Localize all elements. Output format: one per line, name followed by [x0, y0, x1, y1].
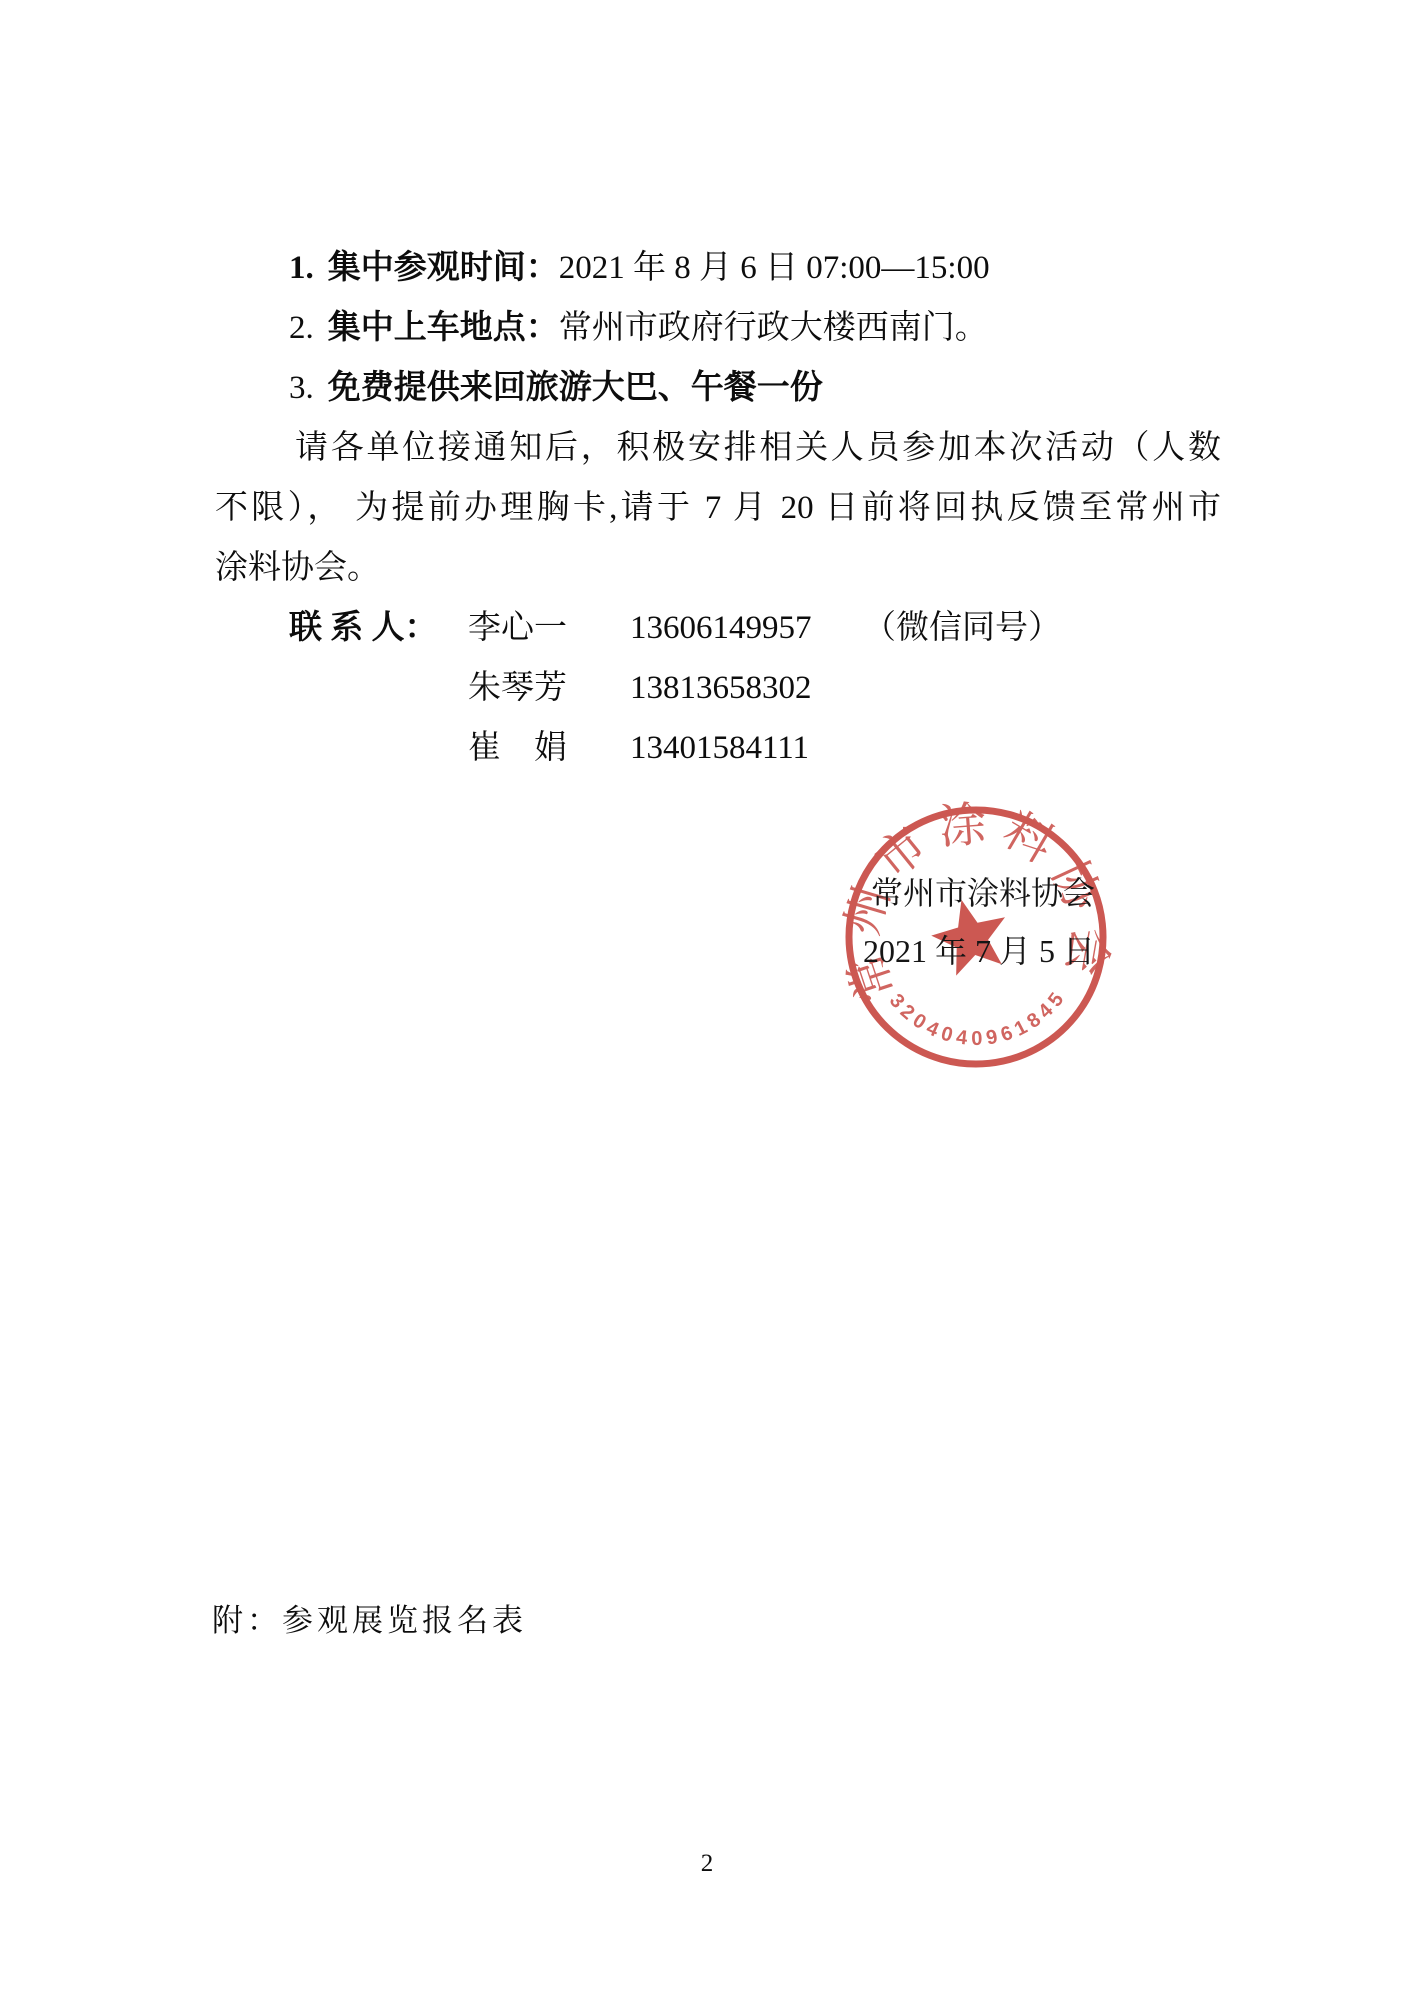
- list-item-text: 2021 年 8 月 6 日 07:00—15:00: [559, 250, 990, 286]
- paragraph-line: 请各单位接通知后，积极安排相关人员参加本次活动（人数: [215, 418, 1221, 478]
- list-item-text: 常州市政府行政大楼西南门。: [559, 310, 988, 346]
- attachment-note: 附：参观展览报名表: [212, 1595, 527, 1640]
- list-item-number: 3.: [289, 370, 314, 406]
- paragraph-line: 涂料协会。: [215, 538, 1221, 598]
- contact-phone: 13606149957: [630, 598, 812, 658]
- document-body: 1.集中参观时间：2021 年 8 月 6 日 07:00—15:00 2.集中…: [215, 238, 1221, 778]
- contact-name: 崔 娟: [468, 718, 567, 778]
- contact-note: （微信同号）: [863, 598, 1061, 658]
- list-item-label: 集中上车地点：: [328, 310, 559, 346]
- contact-row: 朱琴芳 13813658302: [215, 658, 1221, 718]
- contact-name: 朱琴芳: [468, 658, 567, 718]
- list-item-label: 集中参观时间：: [328, 250, 559, 286]
- signature-block: 常州市涂料协会 2021 年 7 月 5 日: [863, 864, 1095, 980]
- signature-date: 2021 年 7 月 5 日: [863, 922, 1095, 980]
- list-item-3: 3.免费提供来回旅游大巴、午餐一份: [215, 358, 1221, 418]
- list-item-number: 1.: [289, 250, 314, 286]
- list-item-2: 2.集中上车地点：常州市政府行政大楼西南门。: [215, 298, 1221, 358]
- list-item-1: 1.集中参观时间：2021 年 8 月 6 日 07:00—15:00: [215, 238, 1221, 298]
- contact-row: 联 系 人： 李心一 13606149957 （微信同号）: [215, 598, 1221, 658]
- contact-phone: 13813658302: [630, 658, 812, 718]
- document-page: 1.集中参观时间：2021 年 8 月 6 日 07:00—15:00 2.集中…: [0, 0, 1414, 2000]
- contact-name: 李心一: [468, 598, 567, 658]
- contact-phone: 13401584111: [630, 718, 809, 778]
- paragraph-line: 不限）， 为提前办理胸卡,请于 7 月 20 日前将回执反馈至常州市: [215, 478, 1221, 538]
- contact-row: 崔 娟 13401584111: [215, 718, 1221, 778]
- signature-org: 常州市涂料协会: [863, 864, 1095, 922]
- page-number: 2: [0, 1850, 1414, 1878]
- list-item-label: 免费提供来回旅游大巴、午餐一份: [328, 370, 823, 406]
- contacts-label: 联 系 人：: [289, 598, 438, 658]
- list-item-number: 2.: [289, 310, 314, 346]
